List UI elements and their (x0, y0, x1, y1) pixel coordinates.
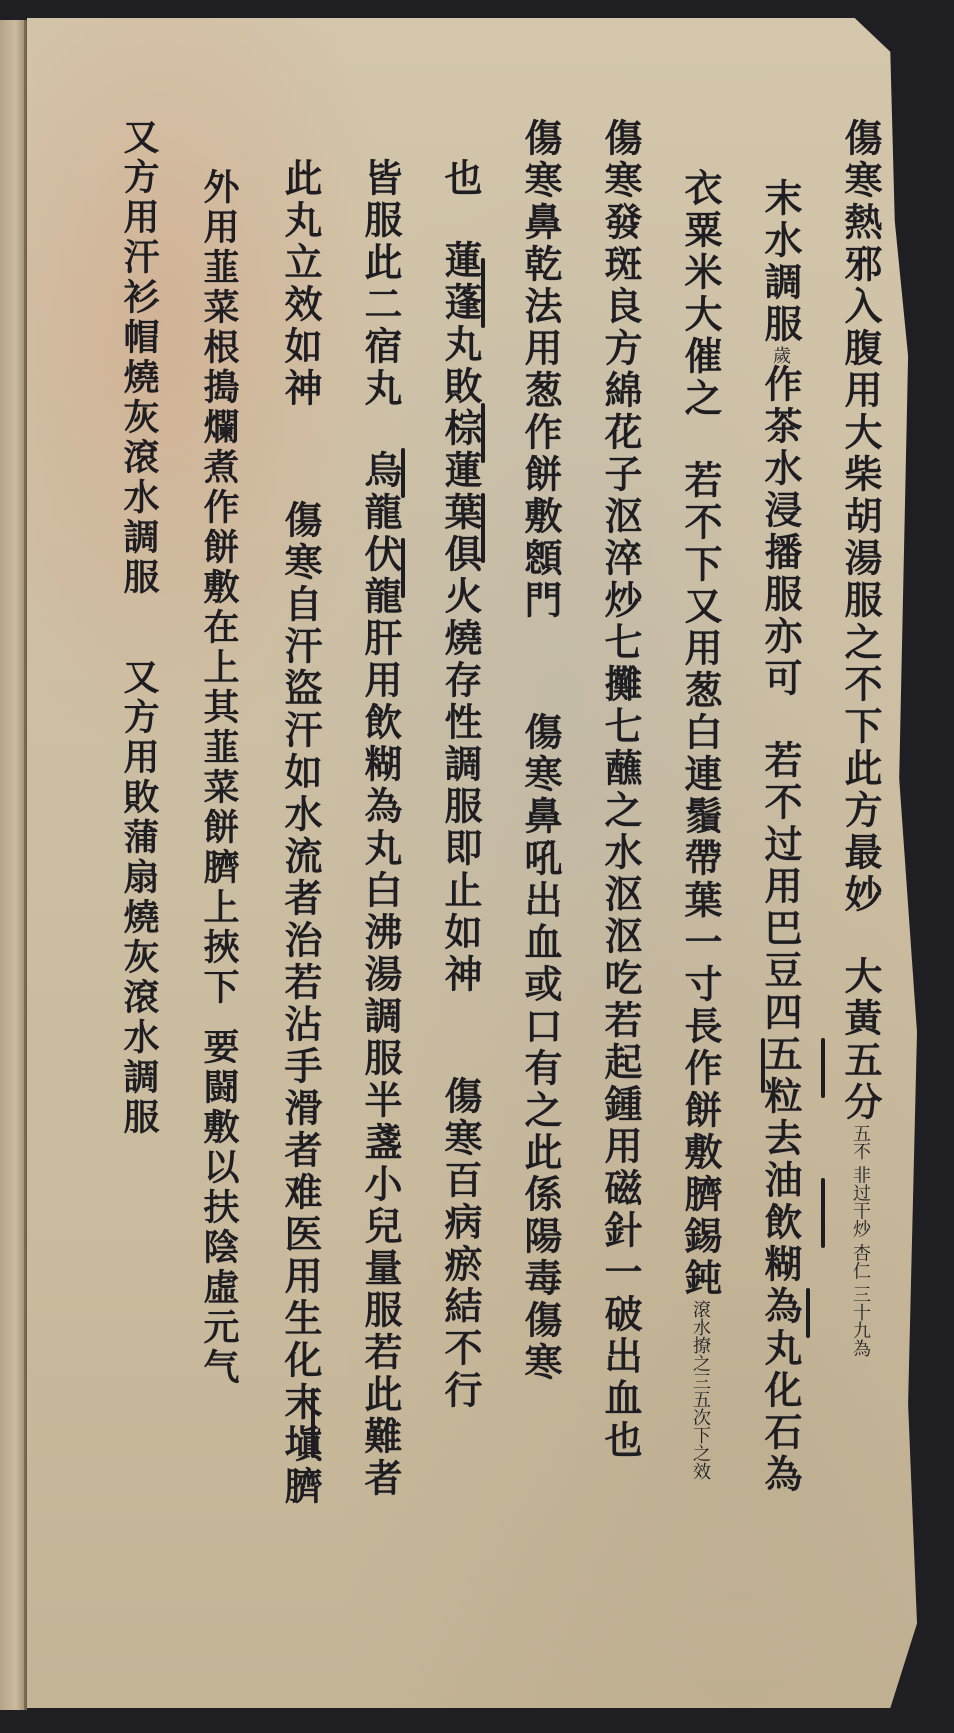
column-4-text: 傷寒發斑良方綿花子沤淬炒七攤七蘸之水沤沤吃若起鍾用磁針一破出血也 (598, 118, 643, 1462)
column-6: 也蓮蓬丸敗棕蓮葉俱火燒存性調服即止如神傷寒百病瘀結不行 (441, 158, 479, 1412)
text-columns: 傷寒熱邪入腹用大柴胡湯服之不下此方最妙大黃五分五不 非过干炒 杏仁 三十九為 末… (61, 118, 911, 1678)
manuscript-page: 傷寒熱邪入腹用大柴胡湯服之不下此方最妙大黃五分五不 非过干炒 杏仁 三十九為 末… (27, 18, 917, 1708)
column-10-text: 又方用汗衫帽燒灰滾水調服 (118, 118, 160, 598)
column-3-text: 衣粟米大催之 (678, 168, 723, 420)
annotation-mark (481, 258, 485, 328)
column-9-text2: 要闘敷以扶陰虛元气 (198, 1028, 240, 1388)
column-1-tail2: 干炒 杏仁 三十九為 (850, 1202, 871, 1357)
column-2-text: 末水調服 (758, 178, 803, 346)
column-3: 衣粟米大催之若不下又用葱白連鬚帶葉一寸長作餅敷臍錫鈍滾水撩之三五次下之效 (681, 168, 719, 1480)
book-spine (24, 20, 27, 1710)
column-1-note: 五不 非过 (850, 1124, 871, 1202)
column-9: 外用韮菜根搗爛煮作餅敷在上其韮菜餅臍上挾下要闘敷以扶陰虛元气 (201, 168, 237, 1388)
column-3-text2: 若不下又用葱白連鬚帶葉一寸長作餅敷臍錫鈍 (678, 460, 723, 1300)
column-6-text2: 蓮蓬丸敗棕蓮葉俱火燒存性調服即止如神 (438, 240, 483, 996)
annotation-mark (401, 448, 405, 498)
column-5-text2: 傷寒鼻吼出血或口有之此係陽毒傷寒 (518, 712, 563, 1384)
column-2: 末水調服歲作茶水浸播服亦可若不过用巴豆四五粒去油飲糊為丸化石為 (761, 178, 799, 1496)
left-page-edge (0, 20, 27, 1710)
column-2-text2: 作茶水浸播服亦可 (758, 364, 803, 700)
column-6-text3: 傷寒百病瘀結不行 (438, 1076, 483, 1412)
column-2-text3: 若不过用巴豆四五粒去油飲糊為丸化石為 (758, 740, 803, 1496)
annotation-mark (821, 1038, 825, 1098)
column-7-text: 皆服此二宿丸 (358, 158, 403, 410)
annotation-mark (311, 1388, 315, 1458)
annotation-mark (481, 403, 485, 463)
column-5: 傷寒鼻乾法用葱作餅敷顖門傷寒鼻吼出血或口有之此係陽毒傷寒 (521, 118, 559, 1384)
column-1-tail: 大黃五分 (838, 956, 883, 1124)
annotation-mark (481, 493, 485, 563)
column-1-text: 傷寒熱邪入腹用大柴胡湯服之不下此方最妙 (838, 118, 883, 916)
column-8-text2: 傷寒自汗盜汗如水流者治若沾手滑者难医用生化末塡臍 (278, 500, 323, 1508)
column-8: 此丸立效如神傷寒自汗盜汗如水流者治若沾手滑者难医用生化末塡臍 (281, 158, 319, 1508)
column-7: 皆服此二宿丸烏龍伏龍肝用飲糊為丸白沸湯調服半盞小兒量服若此難者 (361, 158, 399, 1500)
annotation-mark (761, 1038, 765, 1093)
column-7-text2: 烏龍伏龍肝用飲糊為丸白沸湯調服半盞小兒量服若此難者 (358, 450, 403, 1500)
column-8-text: 此丸立效如神 (278, 158, 323, 410)
column-10: 又方用汗衫帽燒灰滾水調服又方用敗蒲扇燒灰滾水調服 (121, 118, 157, 1138)
column-2-note: 歲 (770, 346, 791, 364)
annotation-mark (821, 1178, 825, 1248)
column-1: 傷寒熱邪入腹用大柴胡湯服之不下此方最妙大黃五分五不 非过干炒 杏仁 三十九為 (841, 118, 879, 1357)
annotation-mark (806, 1288, 810, 1338)
annotation-mark (401, 538, 405, 598)
column-3-note: 滾水撩之三五次下之效 (690, 1300, 711, 1480)
column-9-text: 外用韮菜根搗爛煮作餅敷在上其韮菜餅臍上挾下 (198, 168, 240, 1008)
column-6-text: 也 (438, 158, 483, 200)
column-4: 傷寒發斑良方綿花子沤淬炒七攤七蘸之水沤沤吃若起鍾用磁針一破出血也 (601, 118, 639, 1462)
column-10-text2: 又方用敗蒲扇燒灰滾水調服 (118, 658, 160, 1138)
column-5-text: 傷寒鼻乾法用葱作餅敷顖門 (518, 118, 563, 622)
